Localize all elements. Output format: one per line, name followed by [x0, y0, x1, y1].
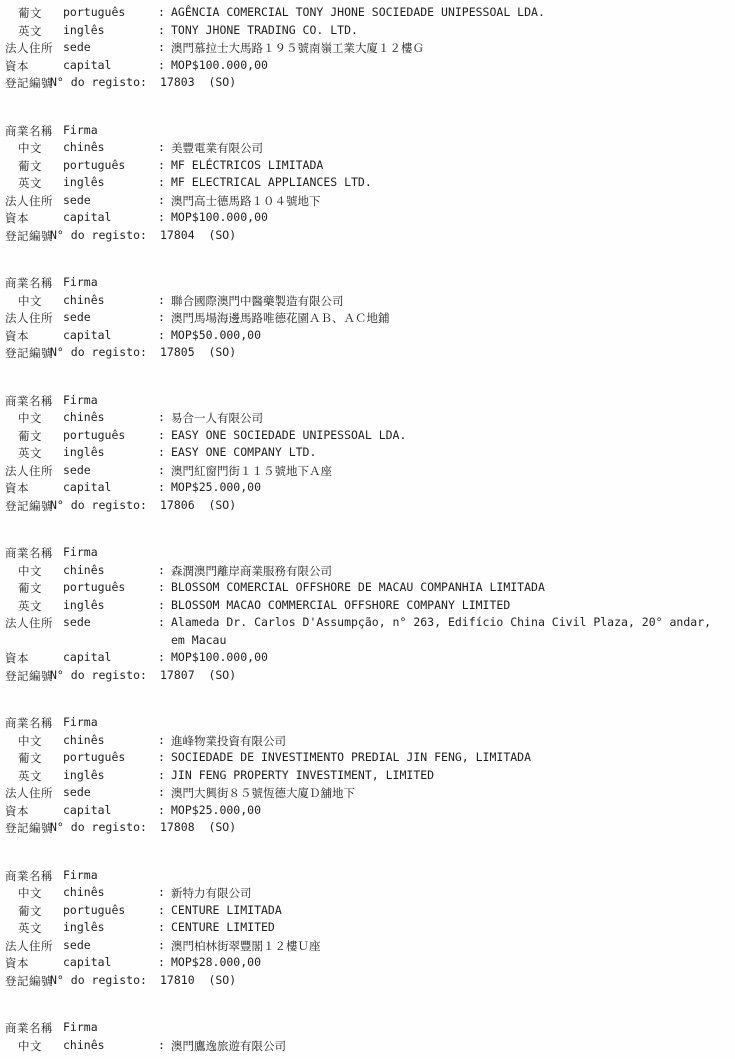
label-zh: 中文 — [18, 885, 42, 901]
label-pt: capital — [63, 480, 111, 494]
label-zh: 資本 — [5, 58, 29, 74]
entry-row-field: 法人住所sede:澳門柏林街翠豐閣１２樓Ｕ座 — [0, 938, 735, 956]
entry-row-field: 葡文português:AGÊNCIA COMERCIAL TONY JHONE… — [0, 5, 735, 23]
colon-separator: : — [158, 193, 165, 207]
field-value: 澳門鷹逸旅遊有限公司 — [171, 1038, 286, 1054]
colon-separator: : — [158, 58, 165, 72]
entry-row-field: 英文inglês:BLOSSOM MACAO COMMERCIAL OFFSHO… — [0, 598, 735, 616]
field-value: MOP$25.000,00 — [171, 803, 261, 817]
label-zh: 商業名稱 — [5, 393, 53, 409]
field-value: EASY ONE SOCIEDADE UNIPESSOAL LDA. — [171, 428, 406, 442]
field-value: 澳門高士德馬路１０４號地下 — [171, 193, 321, 209]
label-zh: 英文 — [18, 445, 42, 461]
label-zh: 中文 — [18, 410, 42, 426]
colon-separator: : — [158, 175, 165, 189]
colon-separator: : — [158, 650, 165, 664]
label-zh: 登記編號 — [5, 973, 53, 989]
entry-row-registo: 登記編號N° do registo:17806 (SO) — [0, 498, 735, 516]
label-zh: 法人住所 — [5, 40, 53, 56]
colon-separator: : — [158, 955, 165, 969]
registry-number-value: 17808 (SO) — [160, 820, 236, 834]
label-pt: português — [63, 750, 125, 764]
label-zh: 商業名稱 — [5, 715, 53, 731]
entry-row-registo: 登記編號N° do registo:17808 (SO) — [0, 820, 735, 838]
registry-entry: 商業名稱Firma中文chinês:美豐電業有限公司葡文português:MF… — [0, 123, 735, 246]
label-pt: português — [63, 158, 125, 172]
field-value: 進峰物業投資有限公司 — [171, 733, 286, 749]
label-pt: sede — [63, 193, 91, 207]
label-pt: sede — [63, 785, 91, 799]
label-pt: capital — [63, 650, 111, 664]
entry-row-field: 資本capital:MOP$25.000,00 — [0, 803, 735, 821]
registry-entry: 商業名稱Firma中文chinês:澳門鷹逸旅遊有限公司 — [0, 1020, 735, 1055]
field-value: SOCIEDADE DE INVESTIMENTO PREDIAL JIN FE… — [171, 750, 531, 764]
entry-row-field: 法人住所sede:澳門慕拉士大馬路１９５號南嶺工業大廈１２樓Ｇ — [0, 40, 735, 58]
colon-separator: : — [158, 768, 165, 782]
field-value: MOP$100.000,00 — [171, 210, 268, 224]
label-pt: capital — [63, 328, 111, 342]
label-zh: 英文 — [18, 23, 42, 39]
label-pt: sede — [63, 938, 91, 952]
field-value: JIN FENG PROPERTY INVESTIMENT, LIMITED — [171, 768, 434, 782]
label-zh: 登記編號 — [5, 345, 53, 361]
registry-number-value: 17803 (SO) — [160, 75, 236, 89]
entry-row-header: 商業名稱Firma — [0, 715, 735, 733]
label-zh: 英文 — [18, 598, 42, 614]
label-zh: 登記編號 — [5, 668, 53, 684]
label-zh: 法人住所 — [5, 785, 53, 801]
colon-separator: : — [158, 23, 165, 37]
label-zh: 葡文 — [18, 158, 42, 174]
label-pt: Firma — [63, 393, 98, 407]
label-zh: 法人住所 — [5, 310, 53, 326]
label-zh: 英文 — [18, 920, 42, 936]
label-pt: sede — [63, 615, 91, 629]
field-value: 澳門馬場海邊馬路唯德花園ＡＢ、ＡＣ地鋪 — [171, 310, 390, 326]
entry-row-header: 商業名稱Firma — [0, 275, 735, 293]
label-zh: 資本 — [5, 210, 29, 226]
colon-separator: : — [158, 410, 165, 424]
registry-entry: 商業名稱Firma中文chinês:森潤澳門離岸商業服務有限公司葡文portug… — [0, 545, 735, 685]
field-value: MOP$100.000,00 — [171, 58, 268, 72]
registry-number-value: 17805 (SO) — [160, 345, 236, 359]
label-pt: capital — [63, 955, 111, 969]
field-value: TONY JHONE TRADING CO. LTD. — [171, 23, 358, 37]
label-zh: 葡文 — [18, 903, 42, 919]
registry-number-value: 17810 (SO) — [160, 973, 236, 987]
label-pt: N° do registo: — [50, 75, 147, 89]
field-value: MOP$25.000,00 — [171, 480, 261, 494]
entry-row-field: 英文inglês:MF ELECTRICAL APPLIANCES LTD. — [0, 175, 735, 193]
label-zh: 商業名稱 — [5, 123, 53, 139]
field-value: 聯合國際澳門中醫藥製造有限公司 — [171, 293, 344, 309]
label-zh: 法人住所 — [5, 193, 53, 209]
label-zh: 登記編號 — [5, 228, 53, 244]
colon-separator: : — [158, 920, 165, 934]
entry-row-registo: 登記編號N° do registo:17803 (SO) — [0, 75, 735, 93]
field-value: 易合一人有限公司 — [171, 410, 263, 426]
entry-row-field: 英文inglês:JIN FENG PROPERTY INVESTIMENT, … — [0, 768, 735, 786]
colon-separator: : — [158, 733, 165, 747]
label-pt: Firma — [63, 715, 98, 729]
entry-row-header: 商業名稱Firma — [0, 1020, 735, 1038]
label-pt: N° do registo: — [50, 820, 147, 834]
entry-row-registo: 登記編號N° do registo:17807 (SO) — [0, 668, 735, 686]
label-pt: chinês — [63, 140, 105, 154]
entry-row-header: 商業名稱Firma — [0, 868, 735, 886]
label-pt: inglês — [63, 920, 105, 934]
label-zh: 資本 — [5, 650, 29, 666]
label-zh: 商業名稱 — [5, 275, 53, 291]
colon-separator: : — [158, 328, 165, 342]
label-zh: 葡文 — [18, 750, 42, 766]
label-pt: português — [63, 5, 125, 19]
label-zh: 登記編號 — [5, 75, 53, 91]
field-value: BLOSSOM COMERCIAL OFFSHORE DE MACAU COMP… — [171, 580, 545, 594]
field-value: 美豐電業有限公司 — [171, 140, 263, 156]
label-zh: 中文 — [18, 140, 42, 156]
entry-row-cont: em Macau — [0, 633, 735, 651]
label-pt: Firma — [63, 868, 98, 882]
entry-row-field: 中文chinês:美豐電業有限公司 — [0, 140, 735, 158]
colon-separator: : — [158, 803, 165, 817]
field-value: EASY ONE COMPANY LTD. — [171, 445, 316, 459]
field-value: MOP$28.000,00 — [171, 955, 261, 969]
colon-separator: : — [158, 563, 165, 577]
registry-entry: 商業名稱Firma中文chinês:進峰物業投資有限公司葡文português:… — [0, 715, 735, 838]
colon-separator: : — [158, 938, 165, 952]
colon-separator: : — [158, 885, 165, 899]
colon-separator: : — [158, 445, 165, 459]
label-zh: 英文 — [18, 175, 42, 191]
label-pt: inglês — [63, 23, 105, 37]
field-value-continuation: em Macau — [171, 633, 226, 647]
label-pt: capital — [63, 58, 111, 72]
entry-row-field: 英文inglês:EASY ONE COMPANY LTD. — [0, 445, 735, 463]
label-zh: 中文 — [18, 563, 42, 579]
entry-row-field: 資本capital:MOP$100.000,00 — [0, 58, 735, 76]
entry-row-field: 葡文português:EASY ONE SOCIEDADE UNIPESSOA… — [0, 428, 735, 446]
label-zh: 法人住所 — [5, 938, 53, 954]
registry-number-value: 17807 (SO) — [160, 668, 236, 682]
entry-row-field: 中文chinês:易合一人有限公司 — [0, 410, 735, 428]
label-pt: Firma — [63, 275, 98, 289]
label-pt: chinês — [63, 410, 105, 424]
label-pt: chinês — [63, 1038, 105, 1052]
entry-row-field: 資本capital:MOP$100.000,00 — [0, 650, 735, 668]
field-value: 澳門紅窗門街１１５號地下Ａ座 — [171, 463, 332, 479]
label-zh: 資本 — [5, 803, 29, 819]
colon-separator: : — [158, 750, 165, 764]
label-zh: 商業名稱 — [5, 868, 53, 884]
entry-row-field: 中文chinês:新特力有限公司 — [0, 885, 735, 903]
label-pt: capital — [63, 803, 111, 817]
entry-row-field: 法人住所sede:澳門紅窗門街１１５號地下Ａ座 — [0, 463, 735, 481]
label-pt: sede — [63, 463, 91, 477]
label-pt: N° do registo: — [50, 973, 147, 987]
registry-number-value: 17806 (SO) — [160, 498, 236, 512]
label-pt: inglês — [63, 768, 105, 782]
entry-row-registo: 登記編號N° do registo:17810 (SO) — [0, 973, 735, 991]
field-value: CENTURE LIMITADA — [171, 903, 282, 917]
label-zh: 資本 — [5, 480, 29, 496]
label-zh: 法人住所 — [5, 615, 53, 631]
colon-separator: : — [158, 580, 165, 594]
field-value: 澳門大興街８５號恆德大廈Ｄ舖地下 — [171, 785, 355, 801]
field-value: 澳門柏林街翠豐閣１２樓Ｕ座 — [171, 938, 321, 954]
label-zh: 資本 — [5, 955, 29, 971]
entry-row-field: 法人住所sede:澳門高士德馬路１０４號地下 — [0, 193, 735, 211]
label-zh: 資本 — [5, 328, 29, 344]
label-pt: N° do registo: — [50, 668, 147, 682]
colon-separator: : — [158, 1038, 165, 1052]
field-value: BLOSSOM MACAO COMMERCIAL OFFSHORE COMPAN… — [171, 598, 510, 612]
colon-separator: : — [158, 615, 165, 629]
registry-entries-list: 葡文português:AGÊNCIA COMERCIAL TONY JHONE… — [0, 5, 735, 1055]
field-value: MF ELÉCTRICOS LIMITADA — [171, 158, 323, 172]
label-zh: 葡文 — [18, 428, 42, 444]
colon-separator: : — [158, 428, 165, 442]
label-zh: 中文 — [18, 1038, 42, 1054]
label-zh: 商業名稱 — [5, 1020, 53, 1036]
entry-row-field: 英文inglês:CENTURE LIMITED — [0, 920, 735, 938]
label-pt: inglês — [63, 598, 105, 612]
label-pt: português — [63, 428, 125, 442]
field-value: 澳門慕拉士大馬路１９５號南嶺工業大廈１２樓Ｇ — [171, 40, 424, 56]
registry-entry: 葡文português:AGÊNCIA COMERCIAL TONY JHONE… — [0, 5, 735, 93]
label-pt: N° do registo: — [50, 498, 147, 512]
entry-row-field: 法人住所sede:澳門馬場海邊馬路唯德花園ＡＢ、ＡＣ地鋪 — [0, 310, 735, 328]
entry-row-header: 商業名稱Firma — [0, 545, 735, 563]
entry-row-header: 商業名稱Firma — [0, 393, 735, 411]
colon-separator: : — [158, 785, 165, 799]
entry-row-header: 商業名稱Firma — [0, 123, 735, 141]
field-value: MF ELECTRICAL APPLIANCES LTD. — [171, 175, 372, 189]
label-pt: chinês — [63, 563, 105, 577]
entry-row-field: 資本capital:MOP$28.000,00 — [0, 955, 735, 973]
label-zh: 登記編號 — [5, 820, 53, 836]
registry-number-value: 17804 (SO) — [160, 228, 236, 242]
registry-gazette-page: 葡文português:AGÊNCIA COMERCIAL TONY JHONE… — [0, 0, 735, 1059]
registry-entry: 商業名稱Firma中文chinês:聯合國際澳門中醫藥製造有限公司法人住所sed… — [0, 275, 735, 363]
colon-separator: : — [158, 480, 165, 494]
label-pt: sede — [63, 40, 91, 54]
colon-separator: : — [158, 293, 165, 307]
field-value: Alameda Dr. Carlos D'Assumpção, n° 263, … — [171, 615, 711, 629]
colon-separator: : — [158, 158, 165, 172]
label-pt: Firma — [63, 545, 98, 559]
entry-row-field: 葡文português:MF ELÉCTRICOS LIMITADA — [0, 158, 735, 176]
colon-separator: : — [158, 5, 165, 19]
registry-entry: 商業名稱Firma中文chinês:新特力有限公司葡文português:CEN… — [0, 868, 735, 991]
label-pt: N° do registo: — [50, 345, 147, 359]
entry-row-field: 中文chinês:進峰物業投資有限公司 — [0, 733, 735, 751]
entry-row-field: 法人住所sede:澳門大興街８５號恆德大廈Ｄ舖地下 — [0, 785, 735, 803]
entry-row-field: 中文chinês:聯合國際澳門中醫藥製造有限公司 — [0, 293, 735, 311]
registry-entry: 商業名稱Firma中文chinês:易合一人有限公司葡文português:EA… — [0, 393, 735, 516]
entry-row-field: 葡文português:BLOSSOM COMERCIAL OFFSHORE D… — [0, 580, 735, 598]
label-pt: chinês — [63, 733, 105, 747]
label-zh: 英文 — [18, 768, 42, 784]
label-zh: 葡文 — [18, 5, 42, 21]
label-pt: inglês — [63, 175, 105, 189]
label-zh: 法人住所 — [5, 463, 53, 479]
field-value: 新特力有限公司 — [171, 885, 252, 901]
label-pt: Firma — [63, 1020, 98, 1034]
field-value: 森潤澳門離岸商業服務有限公司 — [171, 563, 332, 579]
colon-separator: : — [158, 310, 165, 324]
field-value: MOP$50.000,00 — [171, 328, 261, 342]
entry-row-field: 葡文português:CENTURE LIMITADA — [0, 903, 735, 921]
colon-separator: : — [158, 463, 165, 477]
entry-row-field: 資本capital:MOP$50.000,00 — [0, 328, 735, 346]
entry-row-registo: 登記編號N° do registo:17804 (SO) — [0, 228, 735, 246]
entry-row-field: 中文chinês:澳門鷹逸旅遊有限公司 — [0, 1038, 735, 1056]
label-pt: sede — [63, 310, 91, 324]
entry-row-field: 葡文português:SOCIEDADE DE INVESTIMENTO PR… — [0, 750, 735, 768]
label-zh: 商業名稱 — [5, 545, 53, 561]
label-pt: chinês — [63, 885, 105, 899]
label-pt: N° do registo: — [50, 228, 147, 242]
field-value: CENTURE LIMITED — [171, 920, 275, 934]
colon-separator: : — [158, 140, 165, 154]
entry-row-field: 英文inglês:TONY JHONE TRADING CO. LTD. — [0, 23, 735, 41]
entry-row-registo: 登記編號N° do registo:17805 (SO) — [0, 345, 735, 363]
colon-separator: : — [158, 598, 165, 612]
colon-separator: : — [158, 210, 165, 224]
label-zh: 中文 — [18, 293, 42, 309]
colon-separator: : — [158, 40, 165, 54]
label-zh: 登記編號 — [5, 498, 53, 514]
label-pt: português — [63, 903, 125, 917]
field-value: AGÊNCIA COMERCIAL TONY JHONE SOCIEDADE U… — [171, 5, 545, 19]
label-pt: inglês — [63, 445, 105, 459]
label-pt: chinês — [63, 293, 105, 307]
label-zh: 葡文 — [18, 580, 42, 596]
entry-row-field: 資本capital:MOP$25.000,00 — [0, 480, 735, 498]
label-pt: português — [63, 580, 125, 594]
label-zh: 中文 — [18, 733, 42, 749]
label-pt: Firma — [63, 123, 98, 137]
colon-separator: : — [158, 903, 165, 917]
entry-row-field: 法人住所sede:Alameda Dr. Carlos D'Assumpção,… — [0, 615, 735, 633]
entry-row-field: 中文chinês:森潤澳門離岸商業服務有限公司 — [0, 563, 735, 581]
label-pt: capital — [63, 210, 111, 224]
field-value: MOP$100.000,00 — [171, 650, 268, 664]
entry-row-field: 資本capital:MOP$100.000,00 — [0, 210, 735, 228]
